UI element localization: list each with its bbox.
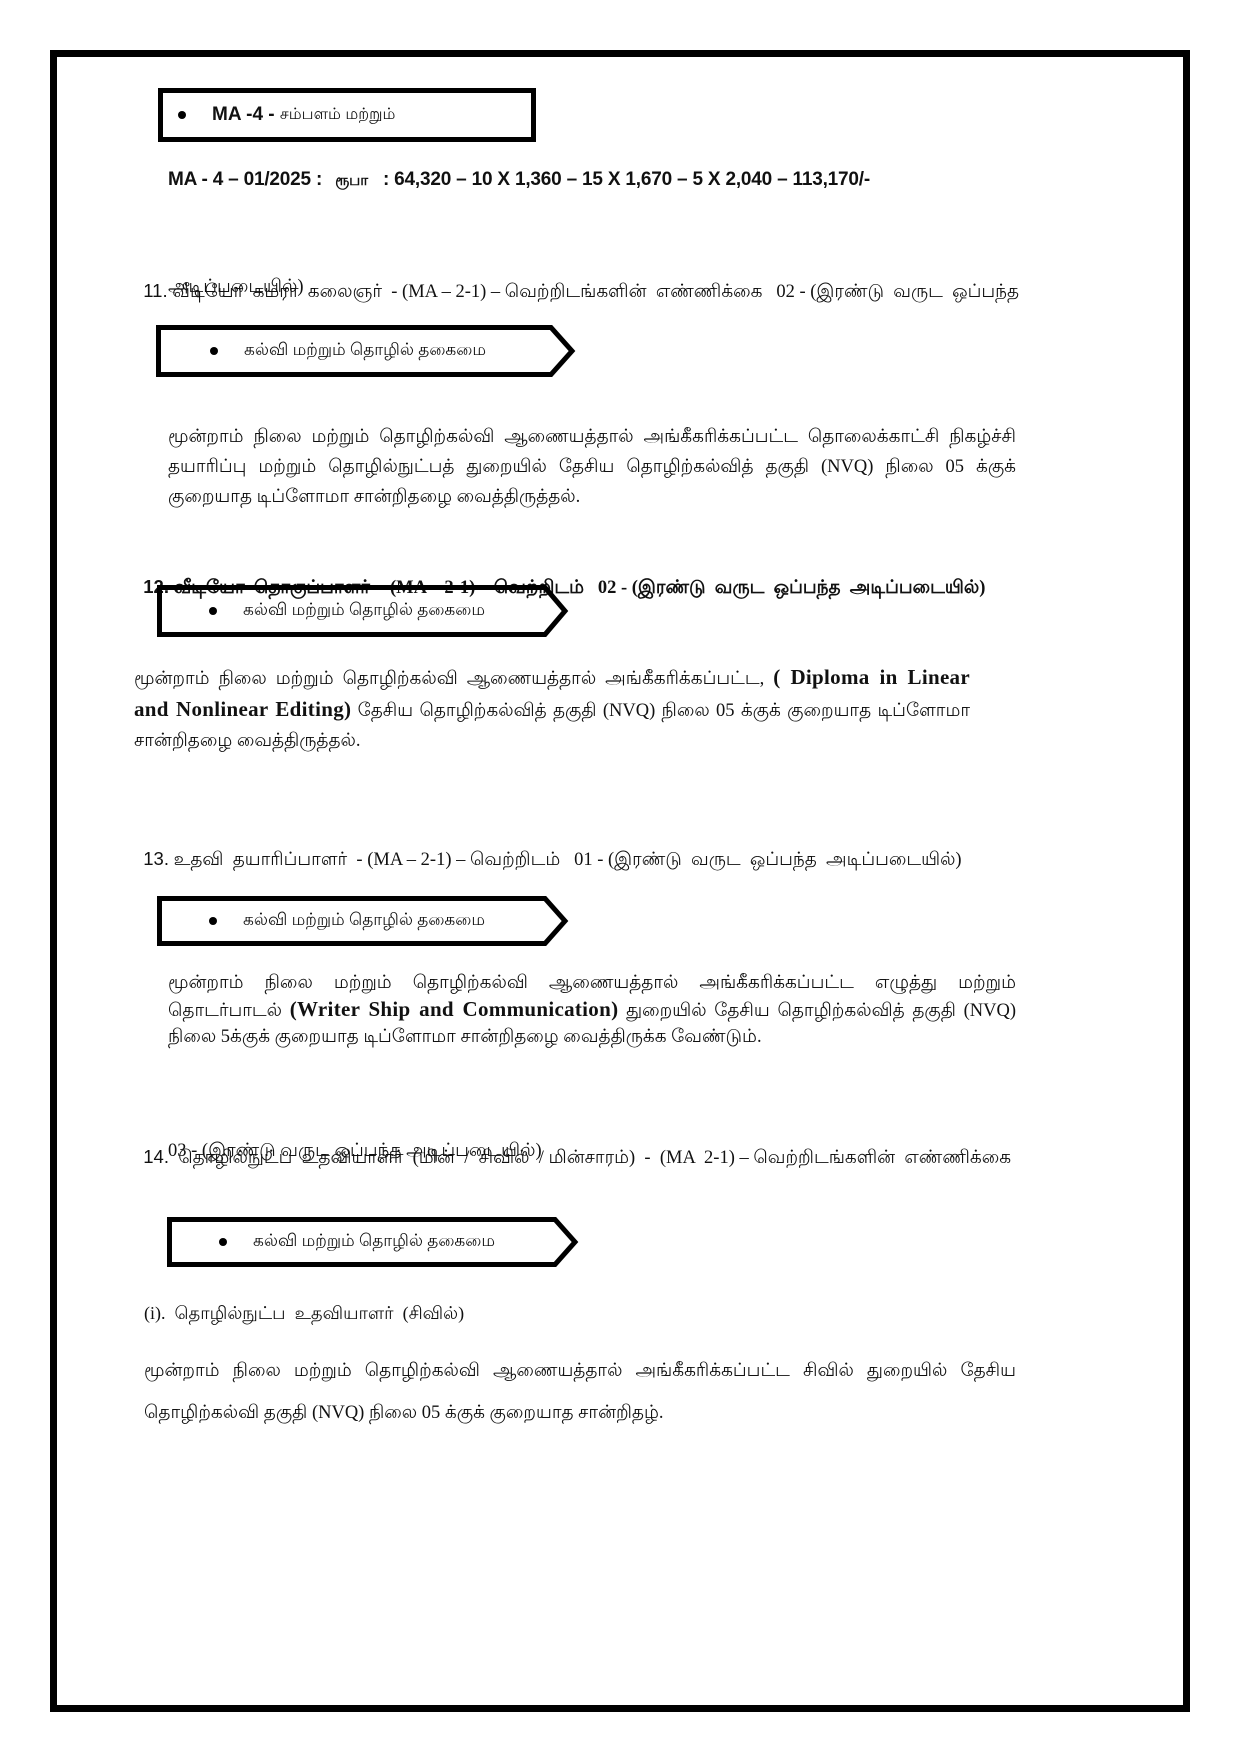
salary-scale-code: MA - 4 – 01/2025 : [168, 169, 322, 190]
salary-heading-label: MA -4 - சம்பளம் மற்றும் [178, 88, 395, 142]
section-number: 13. [143, 848, 169, 869]
section-13-title: 13. உதவி தயாரிப்பாளர் - (MA – 2-1) – வெற… [134, 808, 962, 877]
salary-scale-line: MA - 4 – 01/2025 : ரூபா : 64,320 – 10 X … [168, 163, 870, 198]
paragraph-text: மூன்றாம் நிலை மற்றும் தொழிற்கல்வி ஆணையத்… [134, 669, 773, 689]
qualification-box: கல்வி மற்றும் தொழில் தகைமை [157, 896, 569, 946]
section-11-paragraph: மூன்றாம் நிலை மற்றும் தொழிற்கல்வி ஆணையத்… [168, 422, 1016, 512]
qualification-box-label: கல்வி மற்றும் தொழில் தகைமை [209, 585, 485, 637]
bullet-icon [210, 347, 218, 355]
section-13-paragraph: மூன்றாம் நிலை மற்றும் தொழிற்கல்வி ஆணையத்… [168, 970, 1016, 1050]
paragraph-english-term: (Writer Ship and Communication) [290, 997, 619, 1021]
section-14-paragraph: மூன்றாம் நிலை மற்றும் தொழிற்கல்வி ஆணையத்… [144, 1350, 1016, 1434]
qualification-box-label: கல்வி மற்றும் தொழில் தகைமை [209, 896, 485, 946]
section-11-title-line2: அடிப்படையில்) [168, 270, 304, 304]
section-number: 14. [143, 1146, 169, 1167]
section-number: 11. [143, 280, 167, 301]
qualification-box: கல்வி மற்றும் தொழில் தகைமை [156, 325, 576, 377]
section-14-subsection-label: (i). தொழில்நுட்ப உதவியாளர் (சிவில்) [144, 1296, 464, 1330]
bullet-icon [209, 607, 217, 615]
salary-scale-values: : 64,320 – 10 X 1,360 – 15 X 1,670 – 5 X… [383, 169, 870, 190]
qualification-box-label: கல்வி மற்றும் தொழில் தகைமை [210, 325, 486, 377]
section-12-paragraph: மூன்றாம் நிலை மற்றும் தொழிற்கல்வி ஆணையத்… [134, 662, 970, 756]
salary-separator: - [263, 104, 280, 126]
section-title-line1: உதவி தயாரிப்பாளர் - (MA – 2-1) – வெற்றிட… [174, 850, 962, 870]
qualification-box-text: கல்வி மற்றும் தொழில் தகைமை [243, 600, 485, 622]
qualification-box: கல்வி மற்றும் தொழில் தகைமை [167, 1217, 579, 1267]
qualification-box-text: கல்வி மற்றும் தொழில் தகைமை [243, 910, 485, 932]
bullet-icon [219, 1238, 227, 1246]
qualification-box-text: கல்வி மற்றும் தொழில் தகைமை [244, 340, 486, 362]
qualification-box-text: கல்வி மற்றும் தொழில் தகைமை [253, 1231, 495, 1253]
bullet-icon [209, 917, 217, 925]
salary-currency: ரூபா [335, 172, 368, 189]
qualification-box-label: கல்வி மற்றும் தொழில் தகைமை [219, 1217, 495, 1267]
section-14-title-line2: 03 - (இரண்டு வருட ஒப்பந்த அடிப்படையில்) [168, 1134, 542, 1168]
bullet-icon [178, 111, 186, 119]
qualification-box: கல்வி மற்றும் தொழில் தகைமை [157, 585, 569, 637]
salary-code: MA -4 [212, 104, 263, 126]
salary-heading-text: சம்பளம் மற்றும் [280, 105, 395, 125]
salary-heading-box: MA -4 - சம்பளம் மற்றும் [158, 88, 536, 142]
